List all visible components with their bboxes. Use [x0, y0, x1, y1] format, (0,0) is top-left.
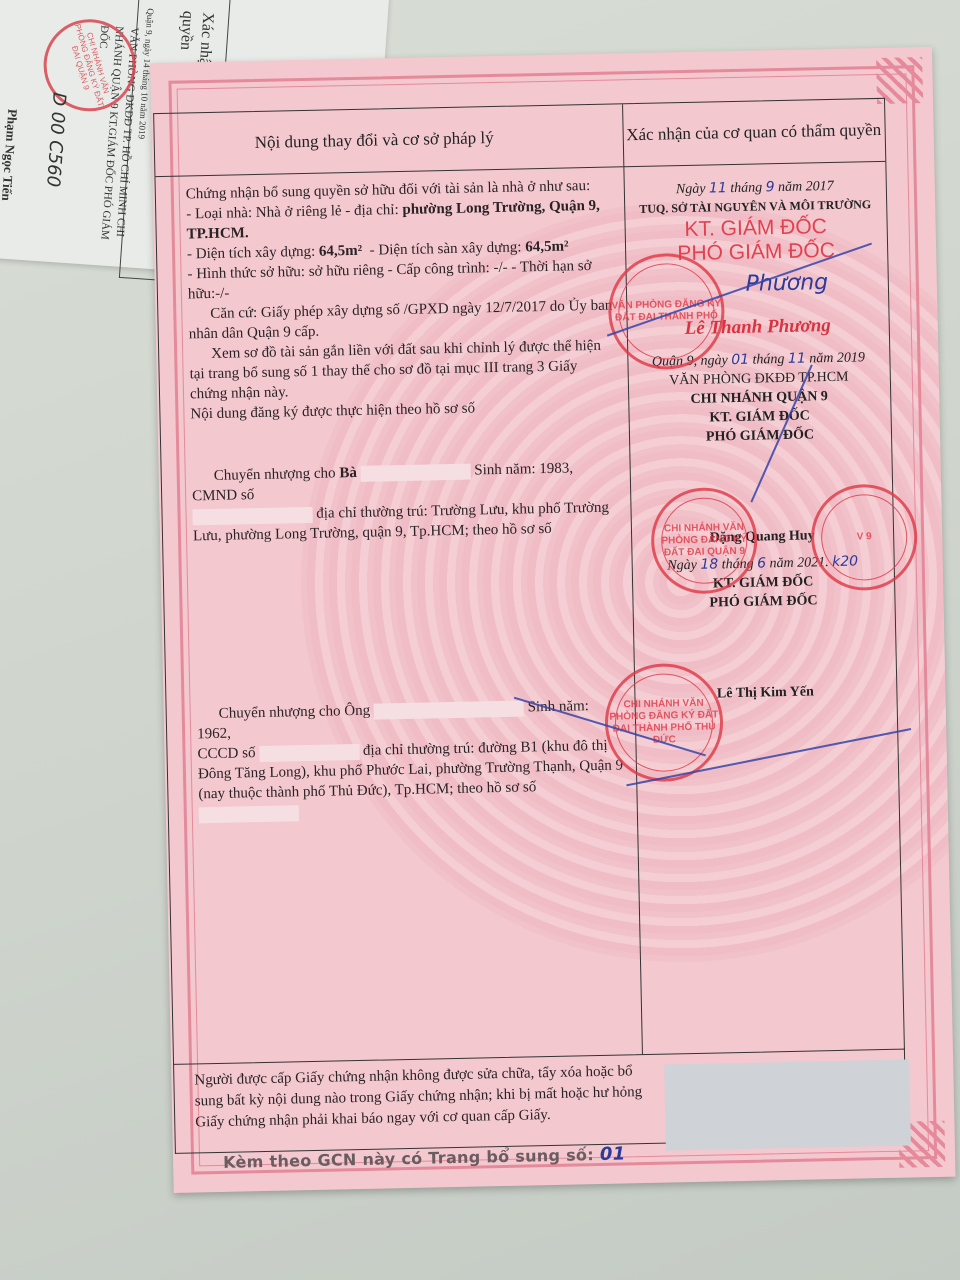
handwritten-month: 11 — [788, 351, 806, 367]
official-stamp: CHI NHÁNH VĂN PHÒNG ĐĂNG KÝ ĐẤT ĐAI THÀN… — [604, 662, 724, 782]
redacted-file-number — [199, 805, 299, 823]
changes-header: Nội dung thay đổi và cơ sở pháp lý — [154, 104, 623, 177]
handwritten-day: 01 — [731, 352, 749, 368]
redacted-name — [360, 463, 470, 481]
diagram-note: Xem sơ đồ tài sản gắn liền với đất sau k… — [189, 335, 618, 404]
handwritten-annex-number: 01 — [600, 1143, 626, 1165]
floor-area: 64,5m² — [525, 238, 569, 255]
back-sheet-handwritten-code: D 00 C560 — [45, 92, 67, 188]
changes-column: Nội dung thay đổi và cơ sở pháp lý Chứng… — [154, 104, 643, 1064]
confirmation-column: Xác nhận của cơ quan có thẩm quyền Ngày … — [622, 99, 904, 1054]
redacted-name — [374, 700, 524, 719]
entry-1: Chứng nhận bổ sung quyền sở hữu đối với … — [155, 167, 628, 425]
footer-box: Người được cấp Giấy chứng nhận không đượ… — [173, 1048, 907, 1154]
handwritten-month: 9 — [766, 179, 775, 195]
entry-3: Chuyển nhượng cho Ông Sinh năm: 1962, CC… — [166, 687, 637, 825]
confirmation-header: Xác nhận của cơ quan có thẩm quyền — [622, 99, 885, 167]
build-area: 64,5m² — [319, 243, 363, 260]
entry-2: Chuyển nhượng cho Bà Sinh năm: 1983, CMN… — [161, 449, 631, 547]
certificate-page: Nội dung thay đổi và cơ sở pháp lý Chứng… — [150, 47, 955, 1193]
handwritten-day: 11 — [709, 180, 727, 196]
redacted-area — [664, 1060, 911, 1151]
back-sheet-signer: Phạm Ngọc Tiến — [0, 108, 20, 201]
amendment-table: Nội dung thay đổi và cơ sở pháp lý Chứng… — [153, 98, 905, 1065]
redacted-id — [192, 506, 312, 525]
redacted-id — [259, 744, 359, 762]
footer-notice: Người được cấp Giấy chứng nhận không đượ… — [194, 1061, 650, 1134]
handwritten-month: 6 — [757, 555, 766, 571]
